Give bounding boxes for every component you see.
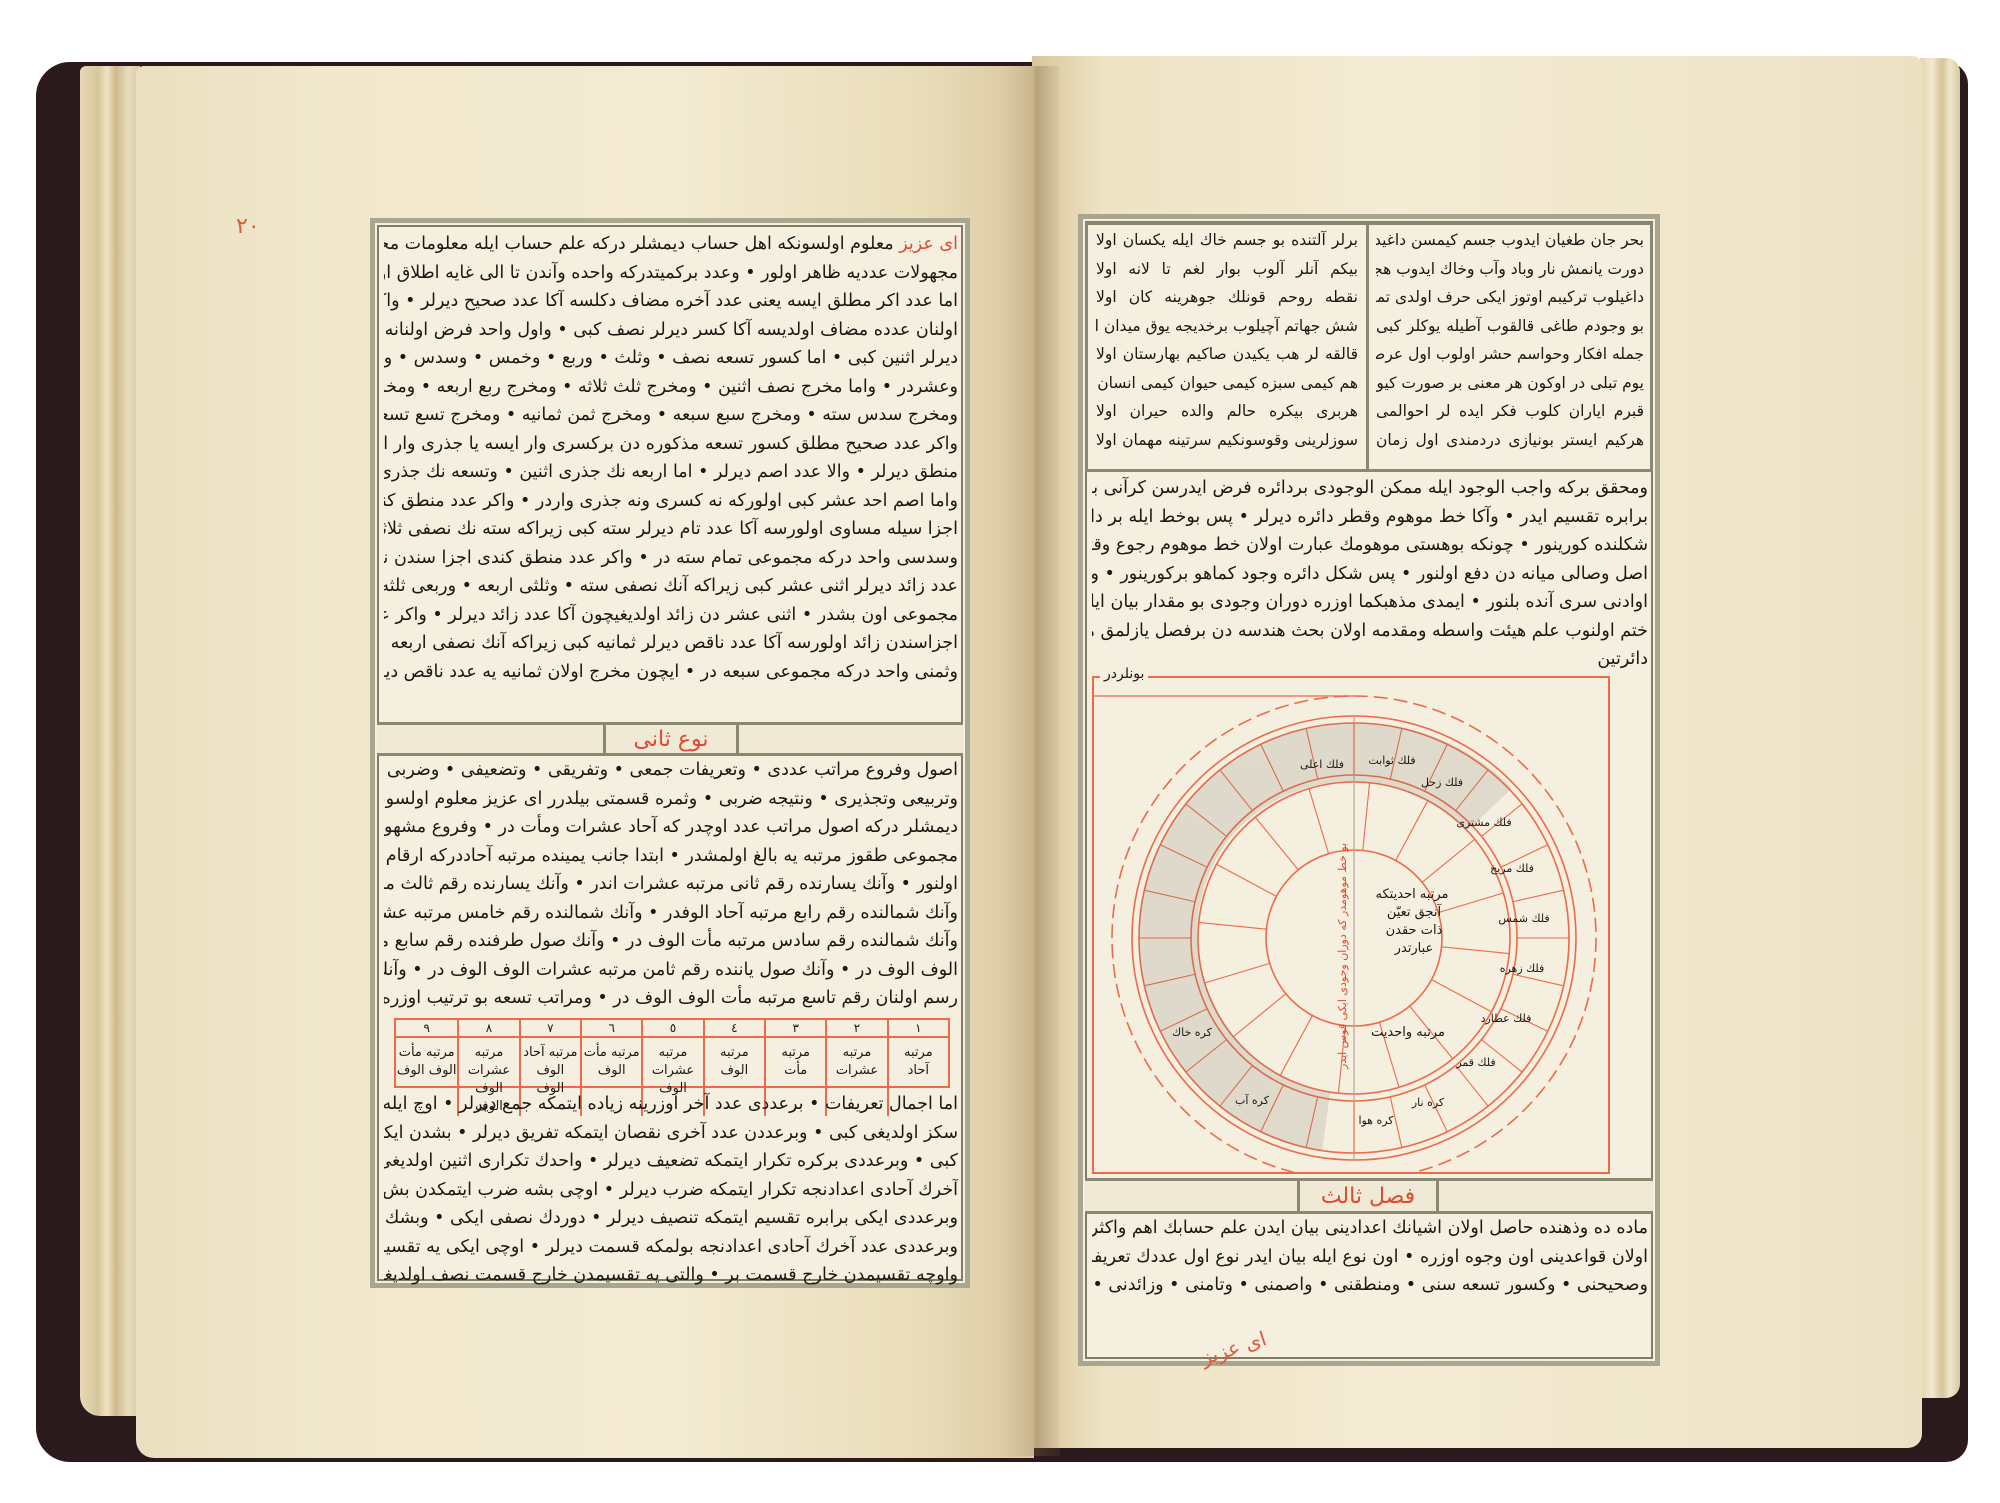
text-line: وآنك شمالنده رقم سادس مرتبه مأت الوف در … bbox=[384, 927, 958, 956]
left-section-2: اصول وفروع مراتب عددی • وتعریفات جمعی • … bbox=[384, 756, 958, 1013]
verse-line: یوم تبلی در اوکون هر معنی بر صورت کیوب bbox=[1376, 369, 1644, 398]
ring-label: کره هوا bbox=[1358, 1114, 1394, 1127]
verse-line: سوزلرینی وقوسونکیم سرتینه مهمان اولا bbox=[1096, 426, 1358, 455]
numerical-ranks-table: ١مرتبه آحاد ٢مرتبه عشرات ٣مرتبه مأت ٤مرت… bbox=[394, 1018, 950, 1088]
text-line: ومخرج سدس سته • ومخرج سبع سبعه • ومخرج ث… bbox=[384, 401, 958, 430]
text-line: وثمنی واحد درکه مجموعی سبعه در • ایچون م… bbox=[384, 658, 958, 687]
ring-label: فلك شمس bbox=[1498, 912, 1549, 925]
ring-label: فلك قمر bbox=[1455, 1056, 1495, 1069]
text-line: دائرتین bbox=[1092, 645, 1648, 674]
ring-label: فلك عطارد bbox=[1481, 1012, 1532, 1025]
verse-line: برلر آلتنده بو جسم خاك ایله یکسان اولا bbox=[1096, 226, 1358, 255]
text-line: الوف الوف در • وآنك صول یاننده رقم ثامن … bbox=[384, 956, 958, 985]
svg-text:مرتبه واحدیت: مرتبه واحدیت bbox=[1371, 1025, 1445, 1040]
poem-column-divider bbox=[1365, 222, 1369, 472]
text-line: اولان قواعدینی اون وجوه اوزره • اون نوع … bbox=[1092, 1243, 1648, 1272]
verse-line: قالقه لر هب یکیدن صاکیم بهارستان اولا bbox=[1096, 340, 1358, 369]
verse-line: هربری بیکره حالم والده حیران اولا bbox=[1096, 397, 1358, 426]
page-edges-right bbox=[1920, 58, 1960, 1398]
text-line: واکر عدد صحیح مطلق کسور تسعه مذکوره دن ب… bbox=[384, 430, 958, 459]
ring-label: فلك اعلی bbox=[1300, 758, 1344, 771]
poem-left-column: برلر آلتنده بو جسم خاك ایله یکسان اولا ب… bbox=[1096, 226, 1358, 454]
page-edges-left bbox=[80, 66, 140, 1416]
text-line: اما اجمال تعریفات • برعددی عدد آخر اوزری… bbox=[384, 1090, 958, 1119]
poem-right-column: بحر جان طغیان ایدوب جسم کیمسن داغیده دور… bbox=[1376, 226, 1644, 454]
ring-label: فلك مریخ bbox=[1490, 862, 1534, 875]
text-line: اجزاسندن زائد اولورسه آکا عدد ناقص دیرلر… bbox=[384, 629, 958, 658]
text-line: مجموعی طقوز مرتبه یه بالغ اولمشدر • ابتد… bbox=[384, 842, 958, 871]
text-line: اصول وفروع مراتب عددی • وتعریفات جمعی • … bbox=[384, 756, 958, 785]
text-line: ختم اولنوب علم هیئت واسطه ومقدمه اولان ب… bbox=[1092, 617, 1648, 646]
ring-label: فلك مشتری bbox=[1456, 816, 1511, 829]
text-line: رسم اولنان رقم تاسع مرتبه مأت الوف الوف … bbox=[384, 984, 958, 1013]
text-line: کبی • وبرعددی برکره تکرار ایتمکه تضعیف د… bbox=[384, 1147, 958, 1176]
text-line: واوچه تقسیمدن خارج قسمت بر • والتی یه تق… bbox=[384, 1261, 958, 1290]
ring-label: کره خاك bbox=[1172, 1026, 1213, 1039]
verse-line: شش جهاتم آچیلوب برخدیجه یوق میدان اولا bbox=[1096, 312, 1358, 341]
text-line: اصل وصالی میانه دن دفع اولنور • پس شکل د… bbox=[1092, 560, 1648, 589]
text-line: آخرك آحادی اعدادنجه تکرار ایتمکه ضرب دیر… bbox=[384, 1176, 958, 1205]
verse-line: بیکم آنلر آلوب بوار لغم تا لانه اولا bbox=[1096, 255, 1358, 284]
text-line: ای عزیز معلوم اولسونکه اهل حساب دیمشلر د… bbox=[384, 230, 958, 259]
section-heading: فصل ثالث bbox=[1297, 1181, 1439, 1211]
right-prose: ومحقق برکه واجب الوجود ایله ممکن الوجودی… bbox=[1092, 474, 1648, 674]
section-heading: نوع ثانی bbox=[603, 725, 739, 753]
text-line: شکلنده کورینور • چونکه بوهستی موهومك عبا… bbox=[1092, 531, 1648, 560]
svg-text:بو خط موهومدر که دوران وجودی ا: بو خط موهومدر که دوران وجودی ایکی قوس ای… bbox=[1336, 843, 1349, 1070]
text-line: دیمشلر درکه اصول مراتب عدد اوچدر که آحاد… bbox=[384, 813, 958, 842]
section-heading-bar: فصل ثالث bbox=[1085, 1178, 1653, 1214]
ring-label: فلك ثوابت bbox=[1368, 754, 1415, 767]
left-section-1: ای عزیز معلوم اولسونکه اهل حساب دیمشلر د… bbox=[384, 230, 958, 686]
text-line: وآنك شمالنده رقم رابع مرتبه آحاد الوفدر … bbox=[384, 899, 958, 928]
ring-label: کره آب bbox=[1235, 1093, 1270, 1107]
text-line: اولنور • وآنك یسارنده رقم ثانی مرتبه عشر… bbox=[384, 870, 958, 899]
text-line: سکز اولدیغی کبی • وبرعددن عدد آخری نقصان… bbox=[384, 1119, 958, 1148]
text-line: ومحقق برکه واجب الوجود ایله ممکن الوجودی… bbox=[1092, 474, 1648, 503]
svg-text:آنجق تعیّن: آنجق تعیّن bbox=[1387, 903, 1443, 920]
verse-line: داغیلوب ترکیبم اوتوز ایکی حرف اولدی تمام bbox=[1376, 283, 1644, 312]
text-line: مجموعی اون بشدر • اثنی عشر دن زائد اولدی… bbox=[384, 601, 958, 630]
verse-line: جمله افکار وحواسم حشر اولوب اول عرصه ده bbox=[1376, 340, 1644, 369]
text-line: وعشردر • واما مخرج نصف اثنین • ومخرج ثلث… bbox=[384, 373, 958, 402]
verse-line: قبرم ایاران کلوب فکر ایده لر احوالمی bbox=[1376, 397, 1644, 426]
opening-rubric: ای عزیز bbox=[899, 234, 958, 254]
concentric-circles-diagram: فلك اعلی فلك ثوابت فلك زحل فلك مشتری فلك… bbox=[1092, 676, 1610, 1174]
text-line: وصحیحنی • وکسور تسعه سنی • ومنطقنی • واص… bbox=[1092, 1271, 1648, 1300]
svg-text:عبارتدر: عبارتدر bbox=[1394, 941, 1434, 956]
verse-line: بو وجودم طاغی قالقوب آطیله یوکلر کبی bbox=[1376, 312, 1644, 341]
text-line: اجزا سیله مساوی اولورسه آکا عدد تام دیرل… bbox=[384, 515, 958, 544]
verse-line: دورت یانمش نار وباد وآب وخاك ایدوب هجوم bbox=[1376, 255, 1644, 284]
right-final-text: ماده ده وذهنده حاصل اولان اشیانك اعدادین… bbox=[1092, 1214, 1648, 1300]
ring-label: فلك زهره bbox=[1500, 962, 1545, 975]
ring-label: فلك زحل bbox=[1421, 776, 1463, 789]
text-line: دیرلر اثنین کبی • اما کسور تسعه نصف • وث… bbox=[384, 344, 958, 373]
ring-label: کره نار bbox=[1411, 1096, 1445, 1109]
text-line: ماده ده وذهنده حاصل اولان اشیانك اعدادین… bbox=[1092, 1214, 1648, 1243]
section-heading-bar: نوع ثانی bbox=[377, 722, 963, 756]
text-line: وبرعددی عدد آخرك آحادی اعدادنجه بولمکه ق… bbox=[384, 1233, 958, 1262]
svg-text:مرتبه احدیتکه: مرتبه احدیتکه bbox=[1376, 887, 1449, 902]
text-line: وبرعددی ایکی برابره تقسیم ایتمکه تنصیف د… bbox=[384, 1204, 958, 1233]
text-line: وسدسی واحد درکه مجموعی تمام سته در • واک… bbox=[384, 544, 958, 573]
verse-line: هرکیم ایستر بونیازی دردمندی اول زمان bbox=[1376, 426, 1644, 455]
text-line: اولنان عدده مضاف اولدیسه آکا کسر دیرلر ن… bbox=[384, 316, 958, 345]
folio-number: ٢٠ bbox=[236, 214, 260, 239]
text-line: عدد زائد دیرلر اثنی عشر کبی زیراکه آنك ن… bbox=[384, 572, 958, 601]
text-line: اوادنی سری آنده بلنور • ایمدی مذهبکما او… bbox=[1092, 588, 1648, 617]
verse-line: بحر جان طغیان ایدوب جسم کیمسن داغیده bbox=[1376, 226, 1644, 255]
text-line: واما اصم احد عشر کبی اولورکه نه کسری ونه… bbox=[384, 487, 958, 516]
text-line: برابره تقسیم ایدر • وآکا خط موهوم وقطر د… bbox=[1092, 503, 1648, 532]
svg-text:ذات حقدن: ذات حقدن bbox=[1386, 923, 1443, 938]
verse-line: هم کیمی سبزه کیمی حیوان کیمی انسان اولا bbox=[1096, 369, 1358, 398]
left-section-3: اما اجمال تعریفات • برعددی عدد آخر اوزری… bbox=[384, 1090, 958, 1290]
text-line: منطق دیرلر • والا عدد اصم دیرلر • اما ار… bbox=[384, 458, 958, 487]
text-line: اما عدد اکر مطلق ایسه یعنی عدد آخره مضاف… bbox=[384, 287, 958, 316]
verse-line: نقطه روحم قونلك جوهرینه کان اولا bbox=[1096, 283, 1358, 312]
text-line: وتربیعی وتجذیری • ونتیجه ضربی • وثمره قس… bbox=[384, 785, 958, 814]
text-line: مجهولات عددیه ظاهر اولور • وعدد برکمیتدر… bbox=[384, 259, 958, 288]
